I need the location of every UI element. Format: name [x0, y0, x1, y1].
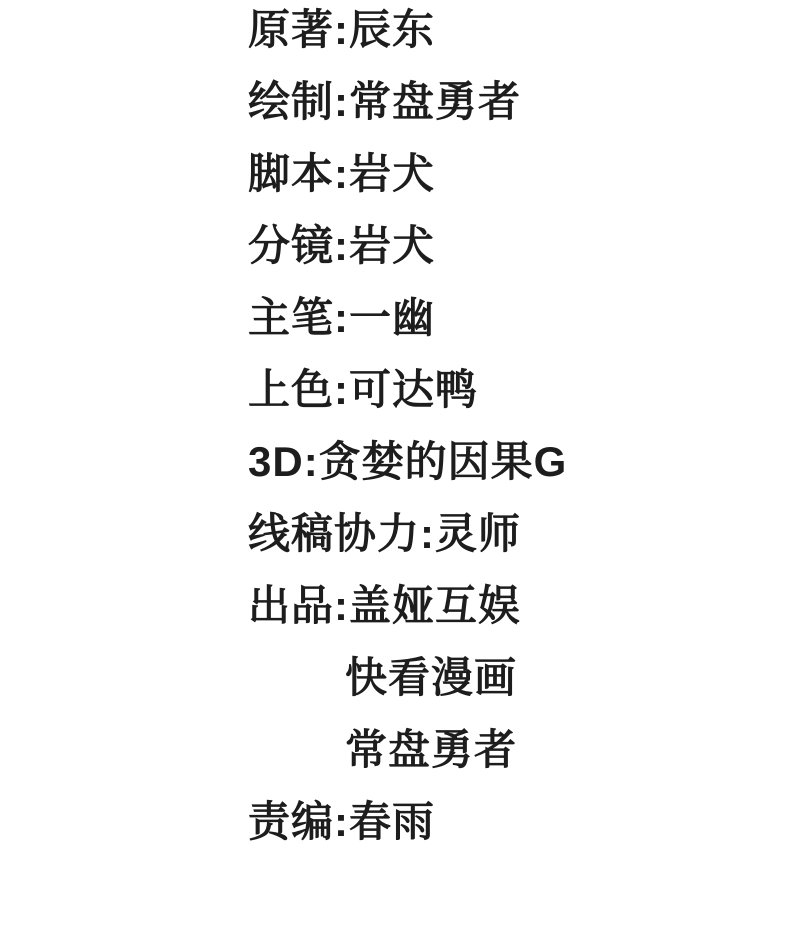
- credit-line-original-author: 原著:辰东: [248, 0, 567, 66]
- credits-block: 原著:辰东 绘制:常盘勇者 脚本:岩犬 分镜:岩犬 主笔:一幽 上色:可达鸭 3…: [248, 0, 567, 858]
- credit-line-editor: 责编:春雨: [248, 786, 567, 858]
- credit-line-lead-artist: 主笔:一幽: [248, 282, 567, 354]
- credit-line-producer-1: 出品:盖娅互娱: [248, 570, 567, 642]
- credit-line-producer-2: 快看漫画: [248, 642, 567, 714]
- credit-line-artist: 绘制:常盘勇者: [248, 66, 567, 138]
- credit-line-coloring: 上色:可达鸭: [248, 354, 567, 426]
- credit-line-lineart-assist: 线稿协力:灵师: [248, 498, 567, 570]
- credit-line-script: 脚本:岩犬: [248, 138, 567, 210]
- credit-line-3d: 3D:贪婪的因果G: [248, 426, 567, 498]
- credit-line-storyboard: 分镜:岩犬: [248, 210, 567, 282]
- credit-line-producer-3: 常盘勇者: [248, 714, 567, 786]
